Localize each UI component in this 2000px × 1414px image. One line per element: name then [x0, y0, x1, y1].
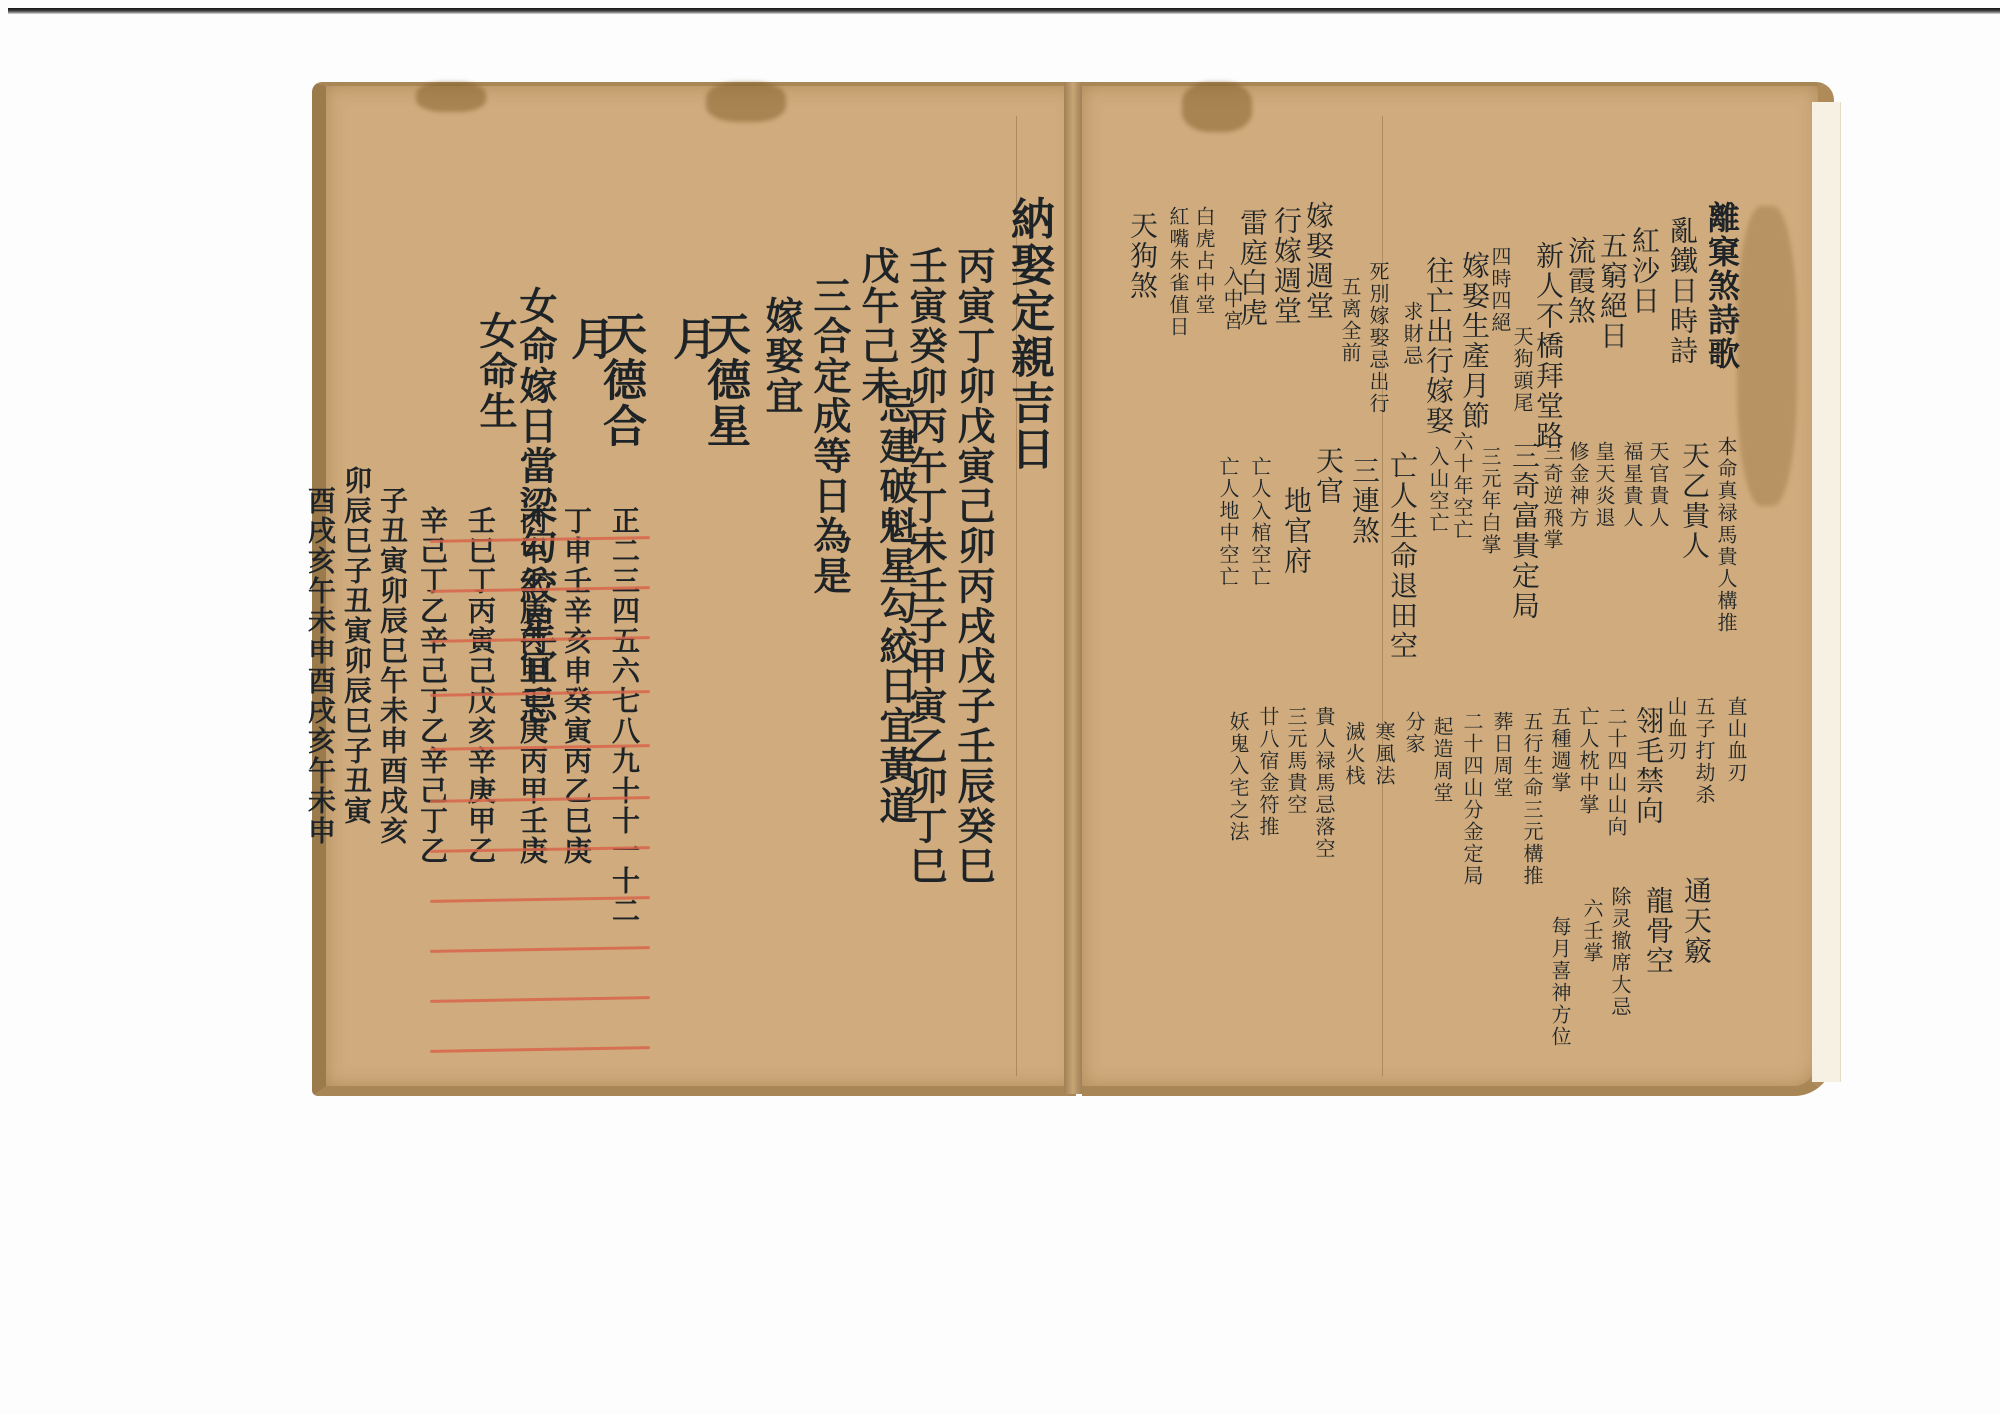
edge-stain: [1737, 206, 1797, 506]
list-item: 起造周堂: [1432, 716, 1452, 804]
red-rule: [430, 1046, 650, 1053]
list-item: 修金神方: [1568, 441, 1588, 529]
list-item: 廿八宿金符推: [1258, 706, 1278, 838]
list-item: 除灵撤席大忌: [1610, 886, 1630, 1018]
heading-nacui-dingqin: 納娶定親吉日: [1006, 196, 1050, 472]
list-item: 翎毛禁向: [1634, 706, 1662, 826]
list-item: 天官: [1314, 446, 1342, 506]
list-item: 天乙貴人: [1680, 441, 1708, 561]
text-column: 丙寅丁卯戊寅己卯丙戌戊子壬辰癸巳: [954, 246, 992, 886]
list-item: 亂鐵日時詩: [1668, 216, 1696, 366]
list-item: 直山血刃: [1726, 696, 1746, 784]
list-item: 流霞煞: [1566, 236, 1594, 326]
flyleaf-edge: [1812, 102, 1841, 1082]
list-item: 紅沙日: [1630, 226, 1658, 316]
list-item: 天官貴人: [1648, 441, 1668, 529]
list-item: 六壬掌: [1582, 898, 1602, 964]
list-item: 三奇逆飛掌: [1542, 441, 1562, 551]
list-item: 嫁娶生產月節: [1460, 251, 1488, 431]
list-item: 紅嘴朱雀值日: [1168, 206, 1188, 338]
list-item: 亡人枕中掌: [1578, 706, 1598, 816]
label-yue: 月: [566, 316, 610, 362]
list-item: 三元年白掌: [1480, 446, 1500, 556]
list-item: 龍骨空: [1644, 886, 1672, 976]
heading-numing-sheng: 女命生: [476, 311, 514, 431]
list-item: 三奇富貴定局: [1510, 441, 1538, 621]
list-item: 寒風法: [1374, 721, 1394, 787]
list-item: 葬日周堂: [1492, 711, 1512, 799]
list-item: 山血刃: [1666, 696, 1686, 762]
list-item: 往亡出行嫁娶: [1424, 256, 1452, 436]
water-stain: [416, 82, 486, 112]
list-item: 福星貴人: [1622, 441, 1642, 529]
label-yue: 月: [668, 316, 712, 362]
list-item: 四時四絕: [1490, 246, 1510, 334]
table-months: 正二三四五六七八九十十一十二: [610, 506, 638, 926]
list-item: 二十四山山向: [1606, 706, 1626, 838]
list-item: 五種週掌: [1550, 706, 1570, 794]
list-item: 嫁娶週堂: [1304, 201, 1332, 321]
text-column: 三合定成等日為是: [810, 276, 848, 596]
red-rule: [430, 996, 650, 1003]
book-gutter: [1064, 82, 1082, 1094]
list-item: 五离全前: [1340, 276, 1360, 364]
list-item: 三連煞: [1350, 456, 1378, 546]
list-item: 天狗頭尾: [1512, 326, 1532, 414]
list-item: 亡人地中空亡: [1218, 456, 1238, 588]
list-item: 分家: [1404, 711, 1424, 755]
list-item: 六十年空亡: [1452, 431, 1472, 541]
text-column: 忌建破魁星勾絞日宜黃道: [876, 386, 914, 826]
table-tiande: 丁申壬辛亥申癸寅丙乙巳庚: [562, 506, 590, 866]
text-column: 戊午己未: [858, 246, 896, 406]
right-page: 離窠煞詩歌 亂鐵日時詩 紅沙日 五窮絕日 流霞煞 新人不橋拜堂路 天狗頭尾 四時…: [1082, 82, 1834, 1096]
list-item: 每月喜神方位: [1550, 916, 1570, 1048]
list-item: 死別嫁娶忌出行: [1368, 261, 1388, 415]
list-item: 貴人禄馬忌落空: [1314, 706, 1334, 860]
list-item: 求財忌: [1402, 301, 1422, 367]
water-stain: [706, 82, 786, 122]
list-item: 皇天炎退: [1594, 441, 1614, 529]
table-yuede: 丙甲壬庚丙甲壬庚丙甲壬庚: [518, 506, 546, 866]
list-item: 五子打劫杀: [1694, 696, 1714, 806]
list-item: 三元馬貴空: [1286, 706, 1306, 816]
list-item: 通天竅: [1682, 876, 1710, 966]
list-item: 亡人生命退田空: [1388, 451, 1416, 661]
list-item: 白虎占中堂: [1194, 206, 1214, 316]
water-stain: [1182, 82, 1252, 132]
scanner-edge-shadow: [8, 8, 2000, 14]
list-item: 五窮絕日: [1598, 231, 1626, 351]
list-item: 入中宮: [1222, 266, 1242, 332]
list-item: 入山空亡: [1428, 446, 1448, 534]
list-item: 亡人入棺空亡: [1250, 456, 1270, 588]
fold-line: [1382, 116, 1383, 1076]
list-item: 滅火栈: [1344, 721, 1364, 787]
manuscript-spread: 納娶定親吉日 丙寅丁卯戊寅己卯丙戌戊子壬辰癸巳 壬寅癸卯丙午丁未壬子甲寅乙卯丁巳…: [312, 82, 1832, 1094]
list-item: 地官府: [1282, 486, 1310, 576]
list-item: 二十四山分金定局: [1462, 711, 1482, 887]
list-item: 本命真禄馬貴人構推: [1716, 436, 1736, 634]
branch-column: 子丑寅卯辰巳午未申酉戌亥: [378, 486, 406, 846]
heading-li-ke-sha: 離窠煞詩歌: [1706, 201, 1738, 371]
list-item: 行嫁週堂: [1272, 206, 1300, 326]
heading-jiaqu-yi: 嫁娶宜: [762, 296, 800, 416]
left-page: 納娶定親吉日 丙寅丁卯戊寅己卯丙戌戊子壬辰癸巳 壬寅癸卯丙午丁未壬子甲寅乙卯丁巳…: [312, 82, 1076, 1096]
list-item: 妖鬼入宅之法: [1228, 711, 1248, 843]
branch-column: 酉戌亥午未申酉戌亥午未申: [306, 486, 334, 846]
list-item: 天狗煞: [1128, 211, 1156, 301]
list-item: 新人不橋拜堂路: [1534, 241, 1562, 451]
branch-column: 卯辰巳子丑寅卯辰巳子丑寅: [342, 466, 370, 826]
list-item: 五行生命三元構推: [1522, 711, 1542, 887]
red-rule: [430, 946, 650, 953]
table-tiandehe: 壬巳丁丙寅己戊亥辛庚甲乙: [466, 506, 494, 866]
table-yuedehe: 辛己丁乙辛己丁乙辛己丁乙: [418, 506, 446, 866]
